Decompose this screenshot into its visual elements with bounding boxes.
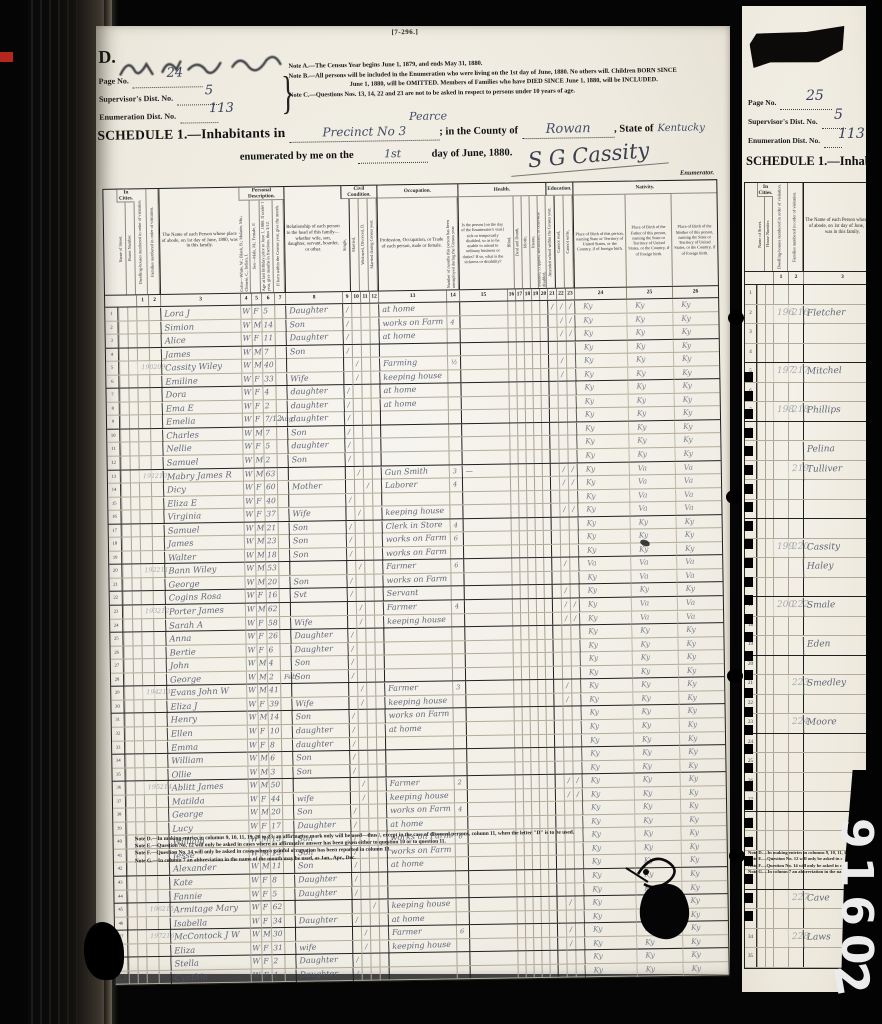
cell-e3 (573, 802, 582, 815)
cell-ho (136, 890, 145, 903)
cell-pm: Ky (679, 731, 725, 745)
cell-s: M (258, 766, 268, 779)
cell-name: Virginia (163, 508, 243, 523)
cell-fam (153, 632, 165, 645)
cell-h4 (532, 328, 540, 341)
cell-un (451, 627, 464, 640)
cell-h2 (518, 504, 526, 517)
cell-h1 (512, 640, 520, 653)
cell-dw (146, 957, 158, 970)
cell-e2 (557, 382, 566, 395)
cell-fam: 224 (788, 714, 803, 733)
cell-m2 (358, 724, 367, 737)
cell-e2 (558, 422, 567, 435)
cell-h5 (546, 761, 554, 774)
cell-c: W (250, 942, 261, 955)
cell-h3 (526, 491, 534, 504)
cell-sick (466, 708, 514, 721)
cell-h1 (509, 423, 517, 436)
cell-a: 21 (264, 522, 277, 535)
cell-m2: / (358, 778, 367, 791)
cell-occ (381, 451, 449, 465)
cell-ho (765, 519, 773, 538)
cell-h1 (513, 654, 521, 667)
cell-ho (134, 714, 143, 727)
cell-un (449, 492, 462, 505)
cell-pf: Ky (631, 637, 677, 651)
col-header-name: The Name of each Person whose place of a… (803, 183, 872, 271)
col-header-name: The Name of each Person whose place of a… (158, 188, 240, 294)
sprocket-hole (744, 539, 753, 549)
cell-ho (765, 636, 773, 655)
table-header: In Cities.Name of Street.House Number.Dw… (103, 180, 718, 296)
cell-ho (128, 334, 137, 347)
col-header-sick: Is the person [on the day of the Enumera… (458, 197, 507, 290)
cell-m1: / (344, 412, 353, 425)
cell-m4 (379, 927, 388, 940)
cell-name: John (166, 657, 246, 672)
cell-e3 (566, 382, 575, 395)
cell-mo (281, 752, 292, 765)
cell-h4 (537, 680, 545, 693)
cell-fam (149, 375, 161, 388)
sup-dist-label: Supervisor's Dist. No. (99, 94, 173, 104)
cell-rn: 3 (106, 335, 119, 348)
cell-m1: / (352, 968, 361, 981)
cell-e1 (553, 694, 562, 707)
cell-e1 (550, 477, 559, 490)
cell-e3 (571, 653, 580, 666)
cell-rn: 2 (105, 321, 118, 334)
cell-s: F (251, 332, 261, 345)
cell-h3 (525, 409, 533, 422)
cell-pm: Ky (676, 582, 722, 596)
cell-e3 (571, 680, 580, 693)
cell-h5 (540, 328, 548, 341)
cell-rel: Son (286, 344, 343, 359)
cell-fam (157, 876, 169, 889)
cell-h3 (523, 301, 531, 314)
cell-m1: / (342, 317, 351, 330)
cell-rel: Son (292, 750, 349, 765)
cell-un (453, 763, 466, 776)
cell-m4 (373, 574, 382, 587)
cell-pm: Ky (674, 406, 720, 420)
cell-m2 (355, 575, 364, 588)
table-row: 25 (745, 753, 872, 773)
cell-pob: Ky (576, 421, 628, 435)
cell-h1 (512, 626, 520, 639)
cell-st (122, 551, 131, 564)
cell-e2 (564, 802, 573, 815)
cell-h5 (547, 788, 555, 801)
cell-un (453, 749, 466, 762)
cell-pf: Va (630, 556, 676, 570)
cell-mo (276, 427, 287, 440)
cell-e3 (576, 964, 585, 977)
cell-h1 (511, 532, 519, 545)
cell-ho (765, 539, 773, 558)
cell-e1: / (547, 301, 556, 314)
cell-m3 (367, 724, 376, 737)
cell-pob: Ky (577, 462, 629, 476)
cell-h3 (525, 423, 533, 436)
cell-h1 (508, 356, 516, 369)
cell-e3: / (565, 327, 574, 340)
cell-sick (463, 572, 511, 585)
cell-m2 (355, 534, 364, 547)
cell-m2: / (352, 358, 361, 371)
state-hw: Kentucky (657, 122, 705, 134)
cell-e1 (557, 951, 566, 964)
cell-dw (140, 537, 152, 550)
cell-ho (127, 321, 136, 334)
cell-sick (467, 789, 515, 802)
cell-h4 (533, 409, 541, 422)
cell-pm: Ky (678, 677, 724, 691)
cell-rn: 18 (109, 538, 122, 551)
cell-ho (128, 348, 137, 361)
cell-name: Stella (170, 955, 250, 970)
cell-pob: Ky (581, 719, 633, 733)
cell-pm: Va (675, 487, 721, 501)
cell-s: M (259, 806, 269, 819)
cell-occ: keeping house (381, 505, 449, 520)
cell-a: 30 (271, 928, 284, 941)
cell-rel (295, 900, 352, 913)
cell-rn: 1 (745, 285, 757, 304)
cell-pm: Ky (677, 623, 723, 637)
cell-pm: Va (677, 596, 723, 610)
cell-rn: 45 (115, 904, 128, 917)
cell-h1 (510, 491, 518, 504)
cell-fam (158, 944, 170, 957)
cell-name: Moore (803, 713, 872, 733)
cell-rel: Daughter (294, 886, 351, 901)
cell-sick (464, 599, 512, 612)
cell-dw (773, 480, 788, 499)
cell-h1 (509, 437, 517, 450)
cell-name: William (167, 752, 247, 767)
cell-rel: Son (291, 710, 348, 725)
cell-sick (460, 369, 508, 382)
table-row: 13 (745, 519, 872, 539)
cell-a: 1 (271, 969, 284, 982)
cell-rel: daughter (292, 723, 349, 738)
col-number: 19 (531, 289, 539, 300)
cell-pf: Ky (626, 326, 672, 340)
cell-m4 (378, 872, 387, 885)
sprocket-hole (744, 670, 753, 680)
cell-m4 (374, 629, 383, 642)
cell-dw (773, 831, 788, 850)
cell-m2 (358, 764, 367, 777)
cell-sick (464, 627, 512, 640)
cell-h3 (528, 599, 536, 612)
cell-st (757, 383, 765, 402)
cell-mo (275, 359, 286, 372)
cell-st (119, 348, 128, 361)
cell-st (124, 700, 133, 713)
county-hw: Rowan (546, 121, 591, 137)
sprocket-hole (744, 521, 753, 531)
cell-h4 (538, 707, 546, 720)
col-number: 7 (274, 293, 285, 304)
sprocket-hole (744, 818, 753, 828)
cell-mo (277, 495, 288, 508)
cell-dw (773, 324, 788, 343)
cell-rel: Son (292, 764, 349, 779)
cell-s: M (252, 346, 262, 359)
cell-dw (146, 944, 158, 957)
cell-occ (383, 628, 451, 642)
cell-pf: Ky (629, 515, 675, 529)
cell-e3: / (568, 504, 577, 517)
cell-a: 50 (268, 779, 281, 792)
cell-fam (150, 429, 162, 442)
cell-c: W (248, 793, 259, 806)
cell-pf: Ky (627, 366, 673, 380)
cell-a: 23 (265, 535, 278, 548)
cell-h5 (549, 937, 557, 950)
cell-dw (773, 792, 788, 811)
cell-occ: at home (378, 302, 446, 317)
cell-occ: at home (385, 722, 453, 737)
cell-e3 (575, 951, 584, 964)
cell-st (757, 578, 765, 597)
cell-h2 (524, 884, 532, 897)
cell-un (456, 912, 469, 925)
cell-dw (773, 422, 788, 441)
cell-ho (765, 714, 773, 733)
cell-ho (765, 753, 773, 772)
cell-h5 (545, 653, 553, 666)
cell-m2 (359, 819, 368, 832)
col-number: 13 (378, 290, 446, 302)
cell-pob: Ky (584, 949, 636, 963)
cell-un (447, 370, 460, 383)
cell-s: M (256, 603, 266, 616)
cell-e2 (560, 531, 569, 544)
cell-occ: Farmer (384, 681, 452, 696)
cell-dw (773, 617, 788, 636)
cell-h4 (541, 951, 549, 964)
line (824, 147, 842, 148)
cell-m3 (366, 683, 375, 696)
cell-s: M (257, 685, 267, 698)
cell-ho (765, 909, 773, 928)
cell-e3: / (573, 788, 582, 801)
cell-c: W (244, 563, 255, 576)
cell-st (126, 782, 135, 795)
cell-fam (788, 773, 803, 792)
col-header-unemp: Number of months this person has been un… (445, 197, 459, 289)
cell-occ: Farmer (382, 559, 450, 574)
cell-st (128, 931, 137, 944)
cell-h5 (546, 734, 554, 747)
cell-a: 11 (261, 332, 274, 345)
cell-e2: / (560, 558, 569, 571)
cell-mo (282, 779, 293, 792)
cell-dw (773, 753, 788, 772)
cell-h4 (538, 721, 546, 734)
cell-h2 (521, 694, 529, 707)
cell-a: 58 (266, 617, 279, 630)
cell-h5 (549, 910, 557, 923)
cell-st (757, 402, 765, 421)
col-number: 5 (251, 293, 261, 304)
cell-rel: Daughter (295, 967, 352, 982)
cell-h3 (523, 315, 531, 328)
cell-m2 (353, 439, 362, 452)
cell-st (119, 335, 128, 348)
cell-s: F (261, 969, 271, 982)
cell-c: W (240, 332, 251, 345)
cell-c: W (249, 888, 260, 901)
table-row: 23224Moore (745, 714, 872, 734)
cell-fam: 227 (788, 889, 803, 908)
cell-ho (134, 754, 143, 767)
cell-rn: 39 (113, 822, 126, 835)
cell-h1 (517, 924, 525, 937)
cell-h4 (535, 558, 543, 571)
cell-fam (788, 753, 803, 772)
cell-m3 (369, 873, 378, 886)
cell-pm: Ky (673, 393, 719, 407)
cell-m3 (362, 426, 371, 439)
cell-e1 (548, 328, 557, 341)
cell-mo (279, 589, 290, 602)
cell-rn: 10 (107, 430, 120, 443)
cell-pf: Ky (626, 298, 672, 312)
cell-e3: / (568, 463, 577, 476)
cell-h4 (538, 734, 546, 747)
cell-c: W (242, 414, 253, 427)
cell-h4 (540, 870, 548, 883)
cell-rn: 27 (111, 660, 124, 673)
cell-a: 33 (262, 373, 275, 386)
cell-m4 (369, 317, 378, 330)
cell-m1: / (346, 575, 355, 588)
col-header-g_incities: In Cities. (757, 183, 773, 197)
cell-m3 (360, 304, 369, 317)
cell-a: 4 (262, 386, 275, 399)
cell-pm: Ky (678, 691, 724, 705)
cell-pm: Ky (673, 352, 719, 366)
cell-e1 (555, 788, 564, 801)
cell-m4 (372, 466, 381, 479)
cell-m4 (374, 602, 383, 615)
cell-ho (131, 524, 140, 537)
cell-pob: Ky (578, 529, 630, 543)
cell-e1 (549, 396, 558, 409)
binder-hole (728, 311, 744, 325)
cell-s: M (251, 319, 261, 332)
table-row: 2196216Fletcher (745, 305, 872, 325)
cell-h5 (544, 639, 552, 652)
cell-m4 (371, 398, 380, 411)
cell-h5 (545, 680, 553, 693)
cell-e3 (569, 571, 578, 584)
cell-c: W (241, 387, 252, 400)
red-corner-tag (0, 52, 13, 62)
cell-pf: Ky (633, 718, 679, 732)
state-label: , State of (614, 123, 654, 135)
cell-m4 (376, 710, 385, 723)
cell-e3 (572, 747, 581, 760)
cell-dw (145, 876, 157, 889)
cell-s: F (256, 590, 266, 603)
cell-sick (464, 640, 512, 653)
cell-occ: at home (378, 329, 446, 344)
sprocket-hole (744, 577, 753, 587)
cell-st (126, 809, 135, 822)
cell-fam (155, 740, 167, 753)
schedule-title: SCHEDULE 1.—Inhabitants in (97, 125, 285, 143)
cell-m4 (375, 683, 384, 696)
cell-pob: Ky (576, 407, 628, 421)
cell-m2 (357, 670, 366, 683)
cell-fam: 219 (788, 460, 803, 479)
cell-m4 (370, 331, 379, 344)
cell-e1 (557, 910, 566, 923)
cell-rn: 20 (109, 565, 122, 578)
cell-h2 (526, 965, 534, 978)
cell-h5 (541, 396, 549, 409)
cell-ho (132, 632, 141, 645)
cell-dw (144, 808, 156, 821)
cell-rel (288, 467, 345, 480)
cell-ho (136, 876, 145, 889)
cell-fam (155, 727, 167, 740)
col-header-g_incities: In Cities. (116, 189, 134, 202)
cell-m3 (363, 466, 372, 479)
cell-m1: / (344, 399, 353, 412)
cell-m3 (363, 507, 372, 520)
cell-h2 (517, 437, 525, 450)
cell-mo (282, 806, 293, 819)
cell-pob: Ky (580, 665, 632, 679)
cell-m3 (365, 629, 374, 642)
cell-s: M (258, 779, 268, 792)
cell-h1 (510, 505, 518, 518)
cell-rel: Daughter (295, 954, 352, 969)
cell-m4 (376, 737, 385, 750)
cell-st (757, 305, 765, 324)
cell-h1 (508, 369, 516, 382)
cell-ho (765, 890, 773, 909)
cell-ho (137, 903, 146, 916)
cell-rn: 40 (113, 836, 126, 849)
cell-h3 (533, 951, 541, 964)
cell-e2: / (561, 598, 570, 611)
cell-h4 (537, 653, 545, 666)
cell-h1 (514, 762, 522, 775)
cell-a: 14 (267, 711, 280, 724)
cell-h2 (525, 897, 533, 910)
cell-mo (276, 440, 287, 453)
cell-st (119, 389, 128, 402)
cell-e2: / (564, 788, 573, 801)
cell-sick (464, 586, 512, 599)
col-number: 17 (515, 289, 523, 300)
cell-e1 (553, 680, 562, 693)
cell-mo (278, 549, 289, 562)
cell-e1 (551, 558, 560, 571)
cell-e2: / (557, 368, 566, 381)
cell-e3 (567, 409, 576, 422)
cell-h4 (532, 369, 540, 382)
